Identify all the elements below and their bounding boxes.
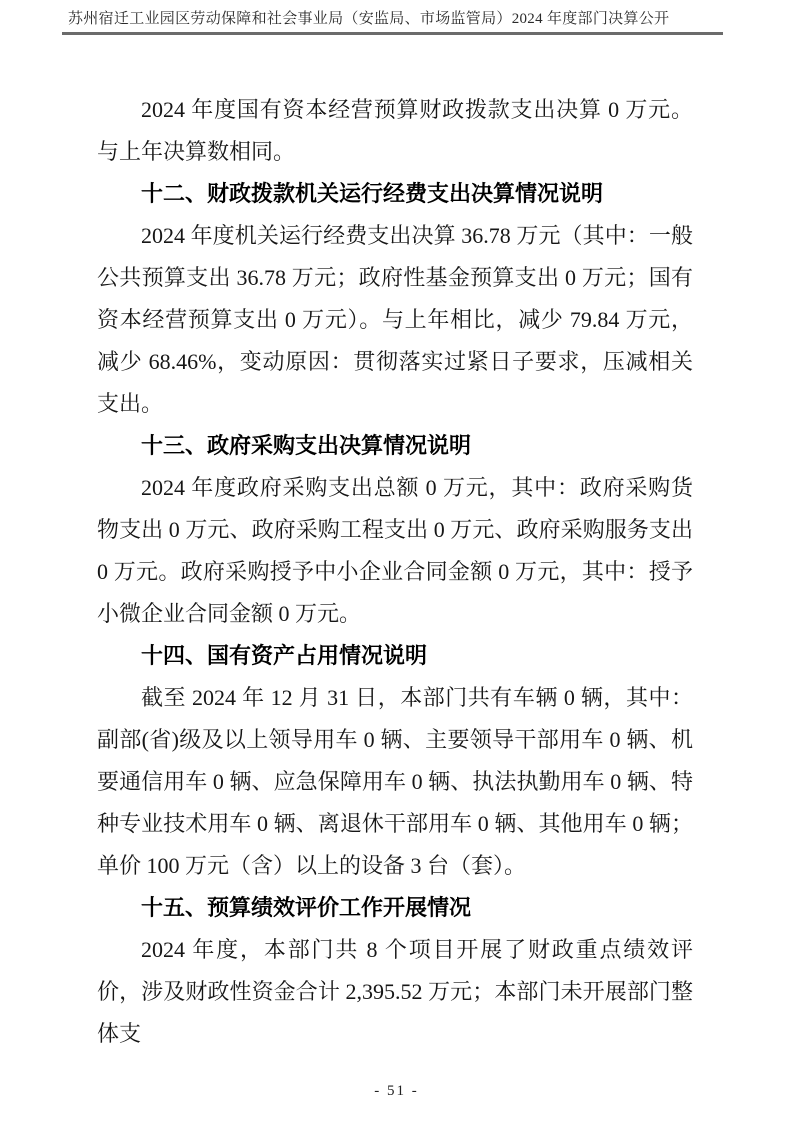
section-heading-13-procurement: 十三、政府采购支出决算情况说明: [97, 425, 693, 467]
page-footer: - 51 -: [0, 1082, 793, 1100]
paragraph-state-capital-budget: 2024 年度国有资本经营预算财政拨款支出决算 0 万元。与上年决算数相同。: [97, 89, 693, 173]
paragraph-operating-expense-detail: 2024 年度机关运行经费支出决算 36.78 万元（其中：一般公共预算支出 3…: [97, 215, 693, 425]
document-page: 苏州宿迁工业园区劳动保障和社会事业局（安监局、市场监管局）2024 年度部门决算…: [0, 0, 793, 1122]
section-heading-14-state-assets: 十四、国有资产占用情况说明: [97, 635, 693, 677]
page-header: 苏州宿迁工业园区劳动保障和社会事业局（安监局、市场监管局）2024 年度部门决算…: [62, 8, 723, 35]
paragraph-procurement-detail: 2024 年度政府采购支出总额 0 万元，其中：政府采购货物支出 0 万元、政府…: [97, 467, 693, 635]
paragraph-state-assets-detail: 截至 2024 年 12 月 31 日，本部门共有车辆 0 辆，其中：副部(省)…: [97, 677, 693, 887]
paragraph-performance-evaluation-detail: 2024 年度，本部门共 8 个项目开展了财政重点绩效评价，涉及财政性资金合计 …: [97, 929, 693, 1055]
section-heading-15-performance-evaluation: 十五、预算绩效评价工作开展情况: [97, 887, 693, 929]
page-number: - 51 -: [374, 1083, 419, 1099]
document-body: 2024 年度国有资本经营预算财政拨款支出决算 0 万元。与上年决算数相同。 十…: [97, 89, 693, 1055]
document-header-title: 苏州宿迁工业园区劳动保障和社会事业局（安监局、市场监管局）2024 年度部门决算…: [68, 10, 723, 29]
section-heading-12-operating-expense: 十二、财政拨款机关运行经费支出决算情况说明: [97, 173, 693, 215]
